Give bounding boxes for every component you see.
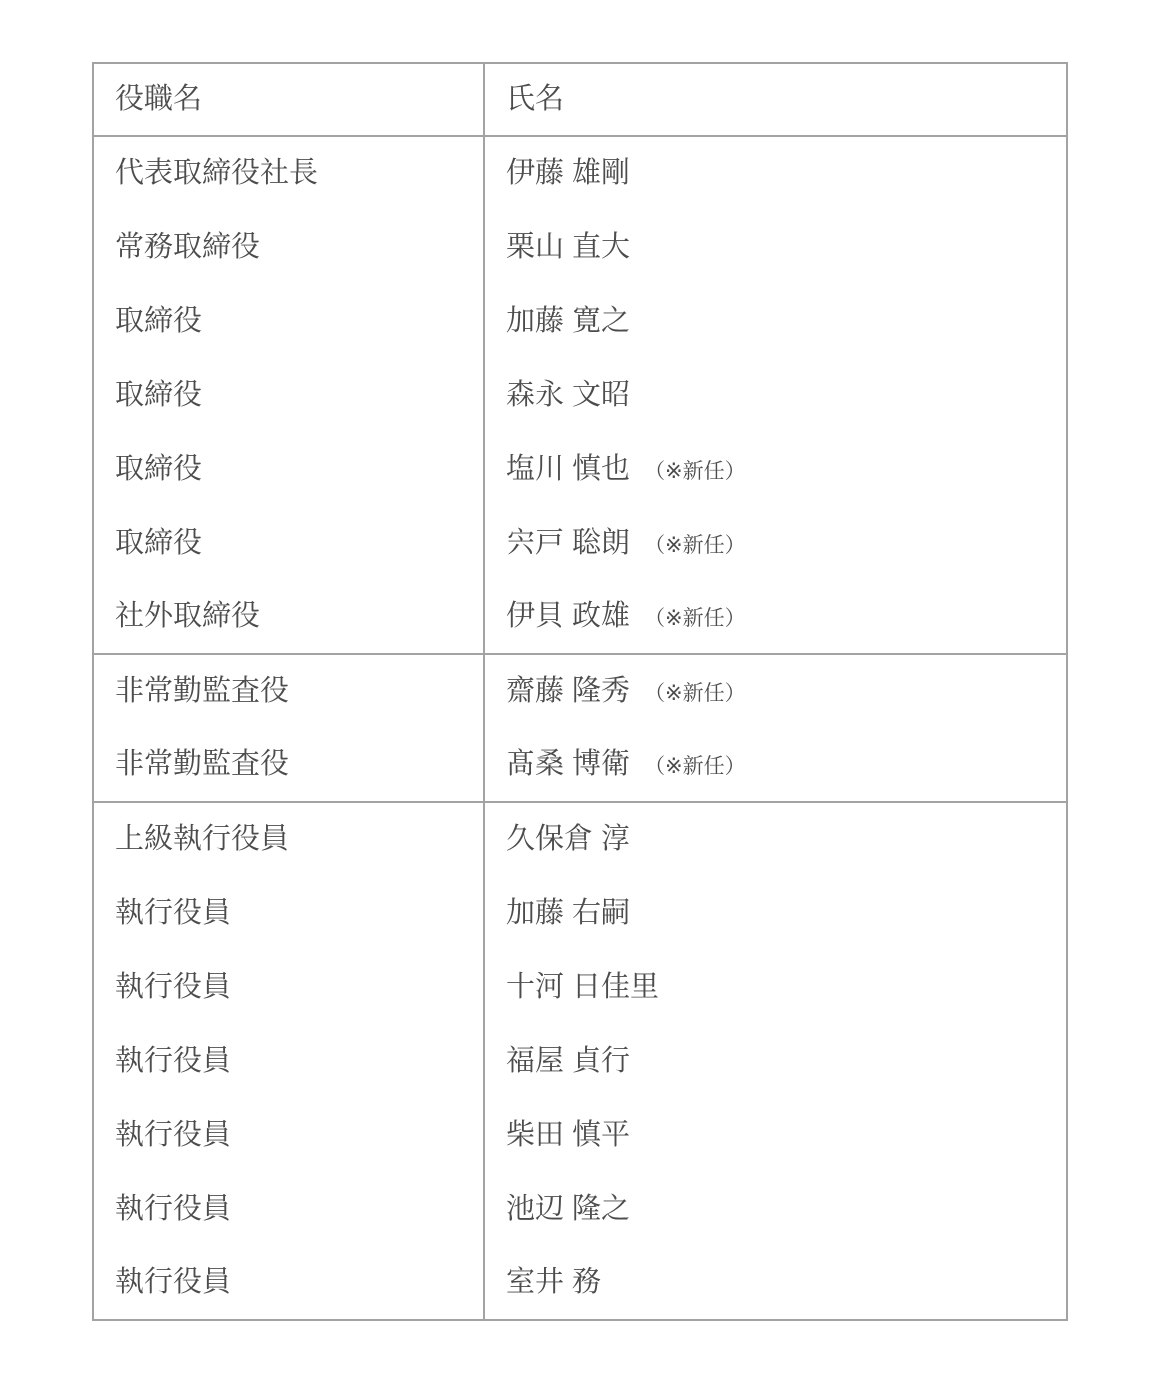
position-cell: 執行役員: [93, 950, 484, 1024]
person-name: 福屋 貞行: [506, 1045, 630, 1077]
table-row: 取締役森永 文昭: [93, 358, 1067, 432]
person-name: 久保倉 淳: [506, 823, 630, 855]
person-name: 宍戸 聡朗: [506, 527, 630, 559]
person-name: 加藤 右嗣: [506, 897, 630, 929]
new-appointment-note: （※新任）: [644, 460, 746, 483]
table-section-auditors: 非常勤監査役齋藤 隆秀（※新任）非常勤監査役髙桑 博衛（※新任）: [93, 654, 1067, 802]
position-cell: 上級執行役員: [93, 802, 484, 876]
new-appointment-note: （※新任）: [644, 682, 746, 705]
table-row: 非常勤監査役齋藤 隆秀（※新任）: [93, 654, 1067, 728]
name-cell: 髙桑 博衛（※新任）: [484, 728, 1067, 802]
name-cell: 伊藤 雄剛: [484, 136, 1067, 210]
table-row: 代表取締役社長伊藤 雄剛: [93, 136, 1067, 210]
position-cell: 執行役員: [93, 1098, 484, 1172]
name-cell: 伊貝 政雄（※新任）: [484, 580, 1067, 654]
person-name: 齋藤 隆秀: [506, 675, 630, 707]
person-name: 塩川 慎也: [506, 453, 630, 485]
position-cell: 取締役: [93, 284, 484, 358]
table-row: 上級執行役員久保倉 淳: [93, 802, 1067, 876]
name-cell: 柴田 慎平: [484, 1098, 1067, 1172]
name-cell: 森永 文昭: [484, 358, 1067, 432]
table-row: 執行役員加藤 右嗣: [93, 876, 1067, 950]
position-cell: 執行役員: [93, 876, 484, 950]
table-row: 執行役員柴田 慎平: [93, 1098, 1067, 1172]
table-row: 執行役員池辺 隆之: [93, 1172, 1067, 1246]
table-row: 執行役員十河 日佳里: [93, 950, 1067, 1024]
table-section-directors: 代表取締役社長伊藤 雄剛常務取締役栗山 直大取締役加藤 寛之取締役森永 文昭取締…: [93, 136, 1067, 654]
person-name: 室井 務: [506, 1266, 601, 1298]
header-row: 役職名 氏名: [93, 63, 1067, 136]
table-row: 取締役加藤 寛之: [93, 284, 1067, 358]
name-cell: 加藤 右嗣: [484, 876, 1067, 950]
name-cell: 福屋 貞行: [484, 1024, 1067, 1098]
person-name: 栗山 直大: [506, 231, 630, 263]
table-row: 社外取締役伊貝 政雄（※新任）: [93, 580, 1067, 654]
position-cell: 取締役: [93, 506, 484, 580]
name-cell: 室井 務: [484, 1246, 1067, 1320]
name-cell: 加藤 寛之: [484, 284, 1067, 358]
position-cell: 非常勤監査役: [93, 728, 484, 802]
table-row: 常務取締役栗山 直大: [93, 210, 1067, 284]
position-cell: 代表取締役社長: [93, 136, 484, 210]
table-row: 取締役宍戸 聡朗（※新任）: [93, 506, 1067, 580]
name-cell: 久保倉 淳: [484, 802, 1067, 876]
officers-table-container: 役職名 氏名 代表取締役社長伊藤 雄剛常務取締役栗山 直大取締役加藤 寛之取締役…: [92, 62, 1068, 1321]
position-cell: 執行役員: [93, 1172, 484, 1246]
person-name: 伊藤 雄剛: [506, 157, 630, 189]
new-appointment-note: （※新任）: [644, 534, 746, 557]
name-cell: 齋藤 隆秀（※新任）: [484, 654, 1067, 728]
name-cell: 宍戸 聡朗（※新任）: [484, 506, 1067, 580]
table-row: 取締役塩川 慎也（※新任）: [93, 432, 1067, 506]
position-cell: 常務取締役: [93, 210, 484, 284]
header-name: 氏名: [484, 63, 1067, 136]
table-row: 執行役員室井 務: [93, 1246, 1067, 1320]
table-header: 役職名 氏名: [93, 63, 1067, 136]
person-name: 十河 日佳里: [506, 971, 659, 1003]
header-position: 役職名: [93, 63, 484, 136]
person-name: 池辺 隆之: [506, 1193, 630, 1225]
name-cell: 栗山 直大: [484, 210, 1067, 284]
name-cell: 塩川 慎也（※新任）: [484, 432, 1067, 506]
name-cell: 池辺 隆之: [484, 1172, 1067, 1246]
person-name: 加藤 寛之: [506, 305, 630, 337]
position-cell: 取締役: [93, 358, 484, 432]
position-cell: 非常勤監査役: [93, 654, 484, 728]
table-row: 非常勤監査役髙桑 博衛（※新任）: [93, 728, 1067, 802]
person-name: 伊貝 政雄: [506, 600, 630, 632]
table-section-executive-officers: 上級執行役員久保倉 淳執行役員加藤 右嗣執行役員十河 日佳里執行役員福屋 貞行執…: [93, 802, 1067, 1320]
position-cell: 取締役: [93, 432, 484, 506]
person-name: 髙桑 博衛: [506, 748, 630, 780]
new-appointment-note: （※新任）: [644, 607, 746, 630]
name-cell: 十河 日佳里: [484, 950, 1067, 1024]
table-row: 執行役員福屋 貞行: [93, 1024, 1067, 1098]
officers-table: 役職名 氏名 代表取締役社長伊藤 雄剛常務取締役栗山 直大取締役加藤 寛之取締役…: [92, 62, 1068, 1321]
person-name: 柴田 慎平: [506, 1119, 630, 1151]
person-name: 森永 文昭: [506, 379, 630, 411]
position-cell: 執行役員: [93, 1246, 484, 1320]
new-appointment-note: （※新任）: [644, 755, 746, 778]
position-cell: 社外取締役: [93, 580, 484, 654]
position-cell: 執行役員: [93, 1024, 484, 1098]
